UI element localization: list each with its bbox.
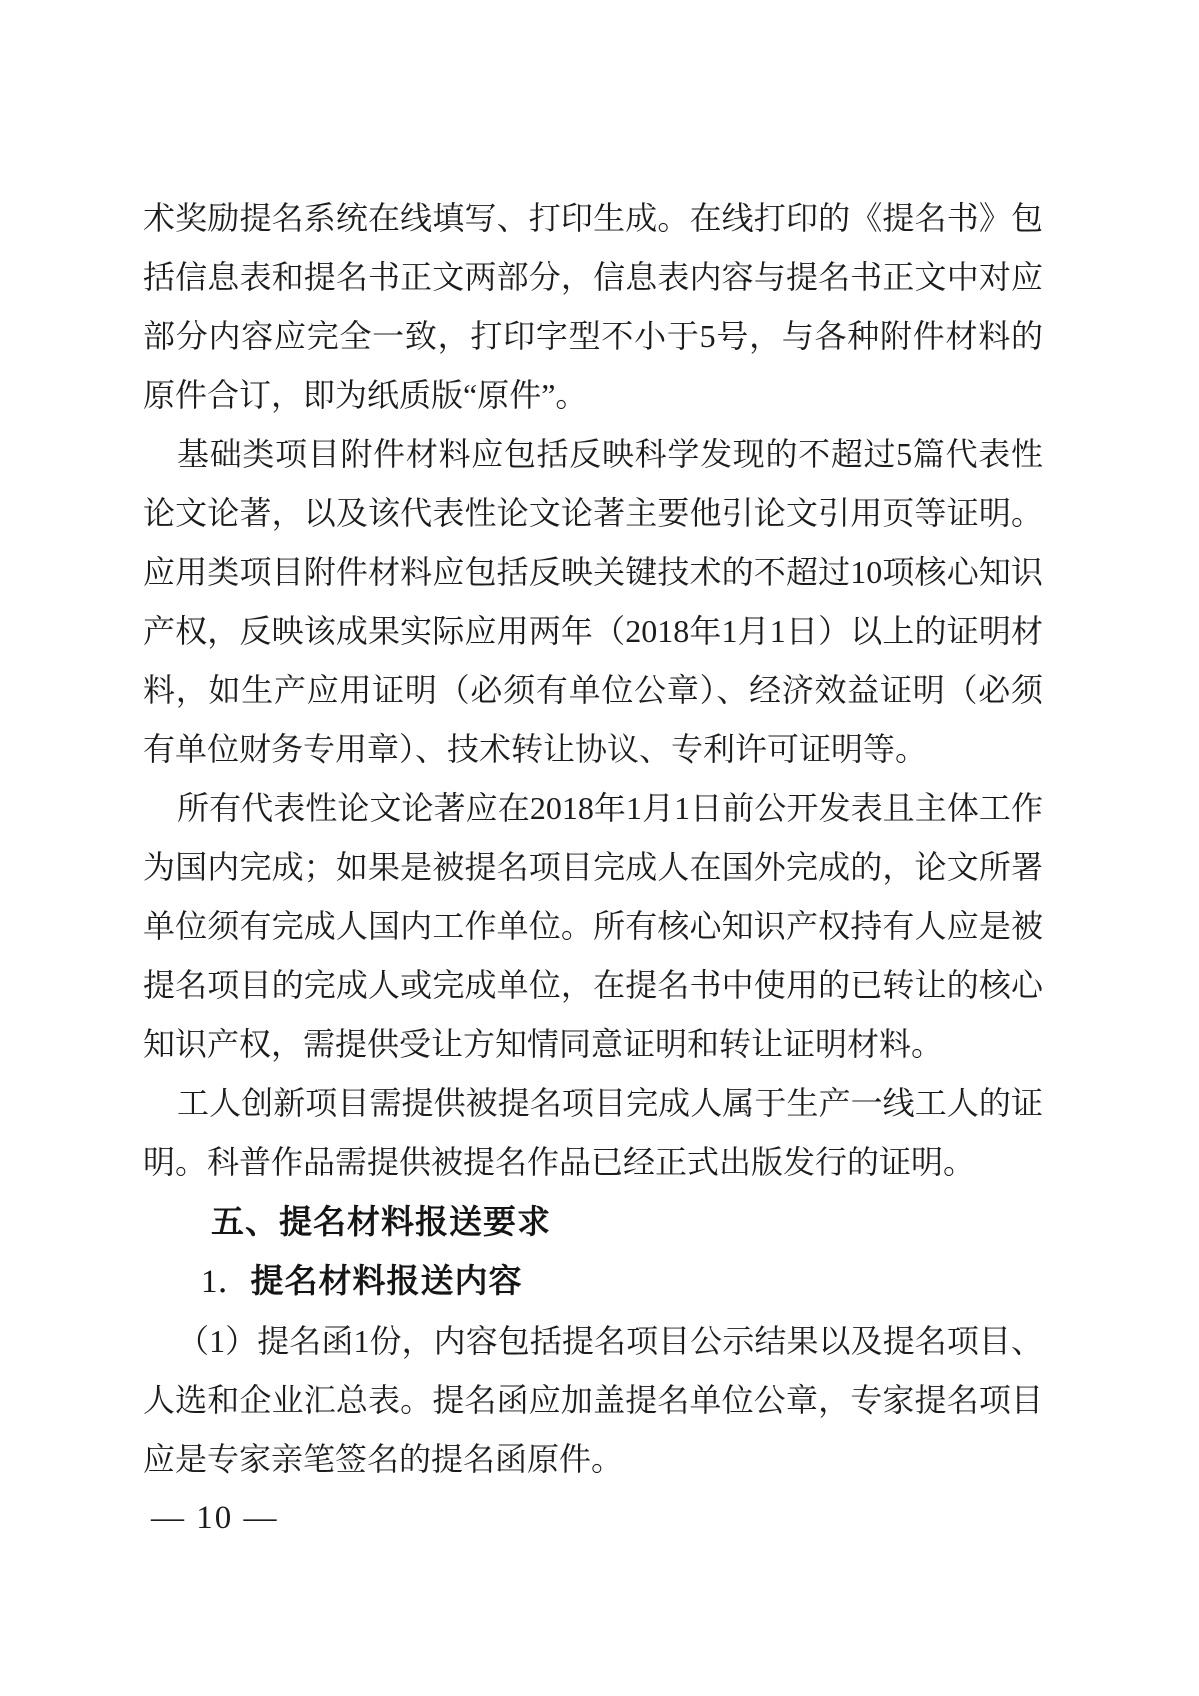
paragraph-worker-innovation-and-scipop: 工人创新项目需提供被提名项目完成人属于生产一线工人的证明。科普作品需提供被提名作… xyxy=(143,1074,1043,1192)
paragraph-nomination-book-printing: 术奖励提名系统在线填写、打印生成。在线打印的《提名书》包括信息表和提名书正文两部… xyxy=(143,189,1043,425)
page-number: — 10 — xyxy=(151,1500,279,1536)
paragraph-papers-and-ip-rules: 所有代表性论文论著应在2018年1月1日前公开发表且主体工作为国内完成；如果是被… xyxy=(143,779,1043,1074)
document-body: 术奖励提名系统在线填写、打印生成。在线打印的《提名书》包括信息表和提名书正文两部… xyxy=(143,189,1043,1489)
section-heading-five-submission-requirements: 五、提名材料报送要求 xyxy=(143,1192,1043,1251)
paragraph-attachment-materials-requirements: 基础类项目附件材料应包括反映科学发现的不超过5篇代表性论文论著，以及该代表性论文… xyxy=(143,425,1043,779)
document-page: 术奖励提名系统在线填写、打印生成。在线打印的《提名书》包括信息表和提名书正文两部… xyxy=(0,0,1199,1696)
subsection-title: 提名材料报送内容 xyxy=(251,1262,523,1299)
subsection-number: 1． xyxy=(201,1264,251,1300)
paragraph-nomination-letter-requirements: （1）提名函1份，内容包括提名项目公示结果以及提名项目、人选和企业汇总表。提名函… xyxy=(143,1312,1043,1489)
page-footer: — 10 — xyxy=(151,1498,279,1538)
subsection-heading-1-submission-content: 1．提名材料报送内容 xyxy=(143,1251,1043,1312)
